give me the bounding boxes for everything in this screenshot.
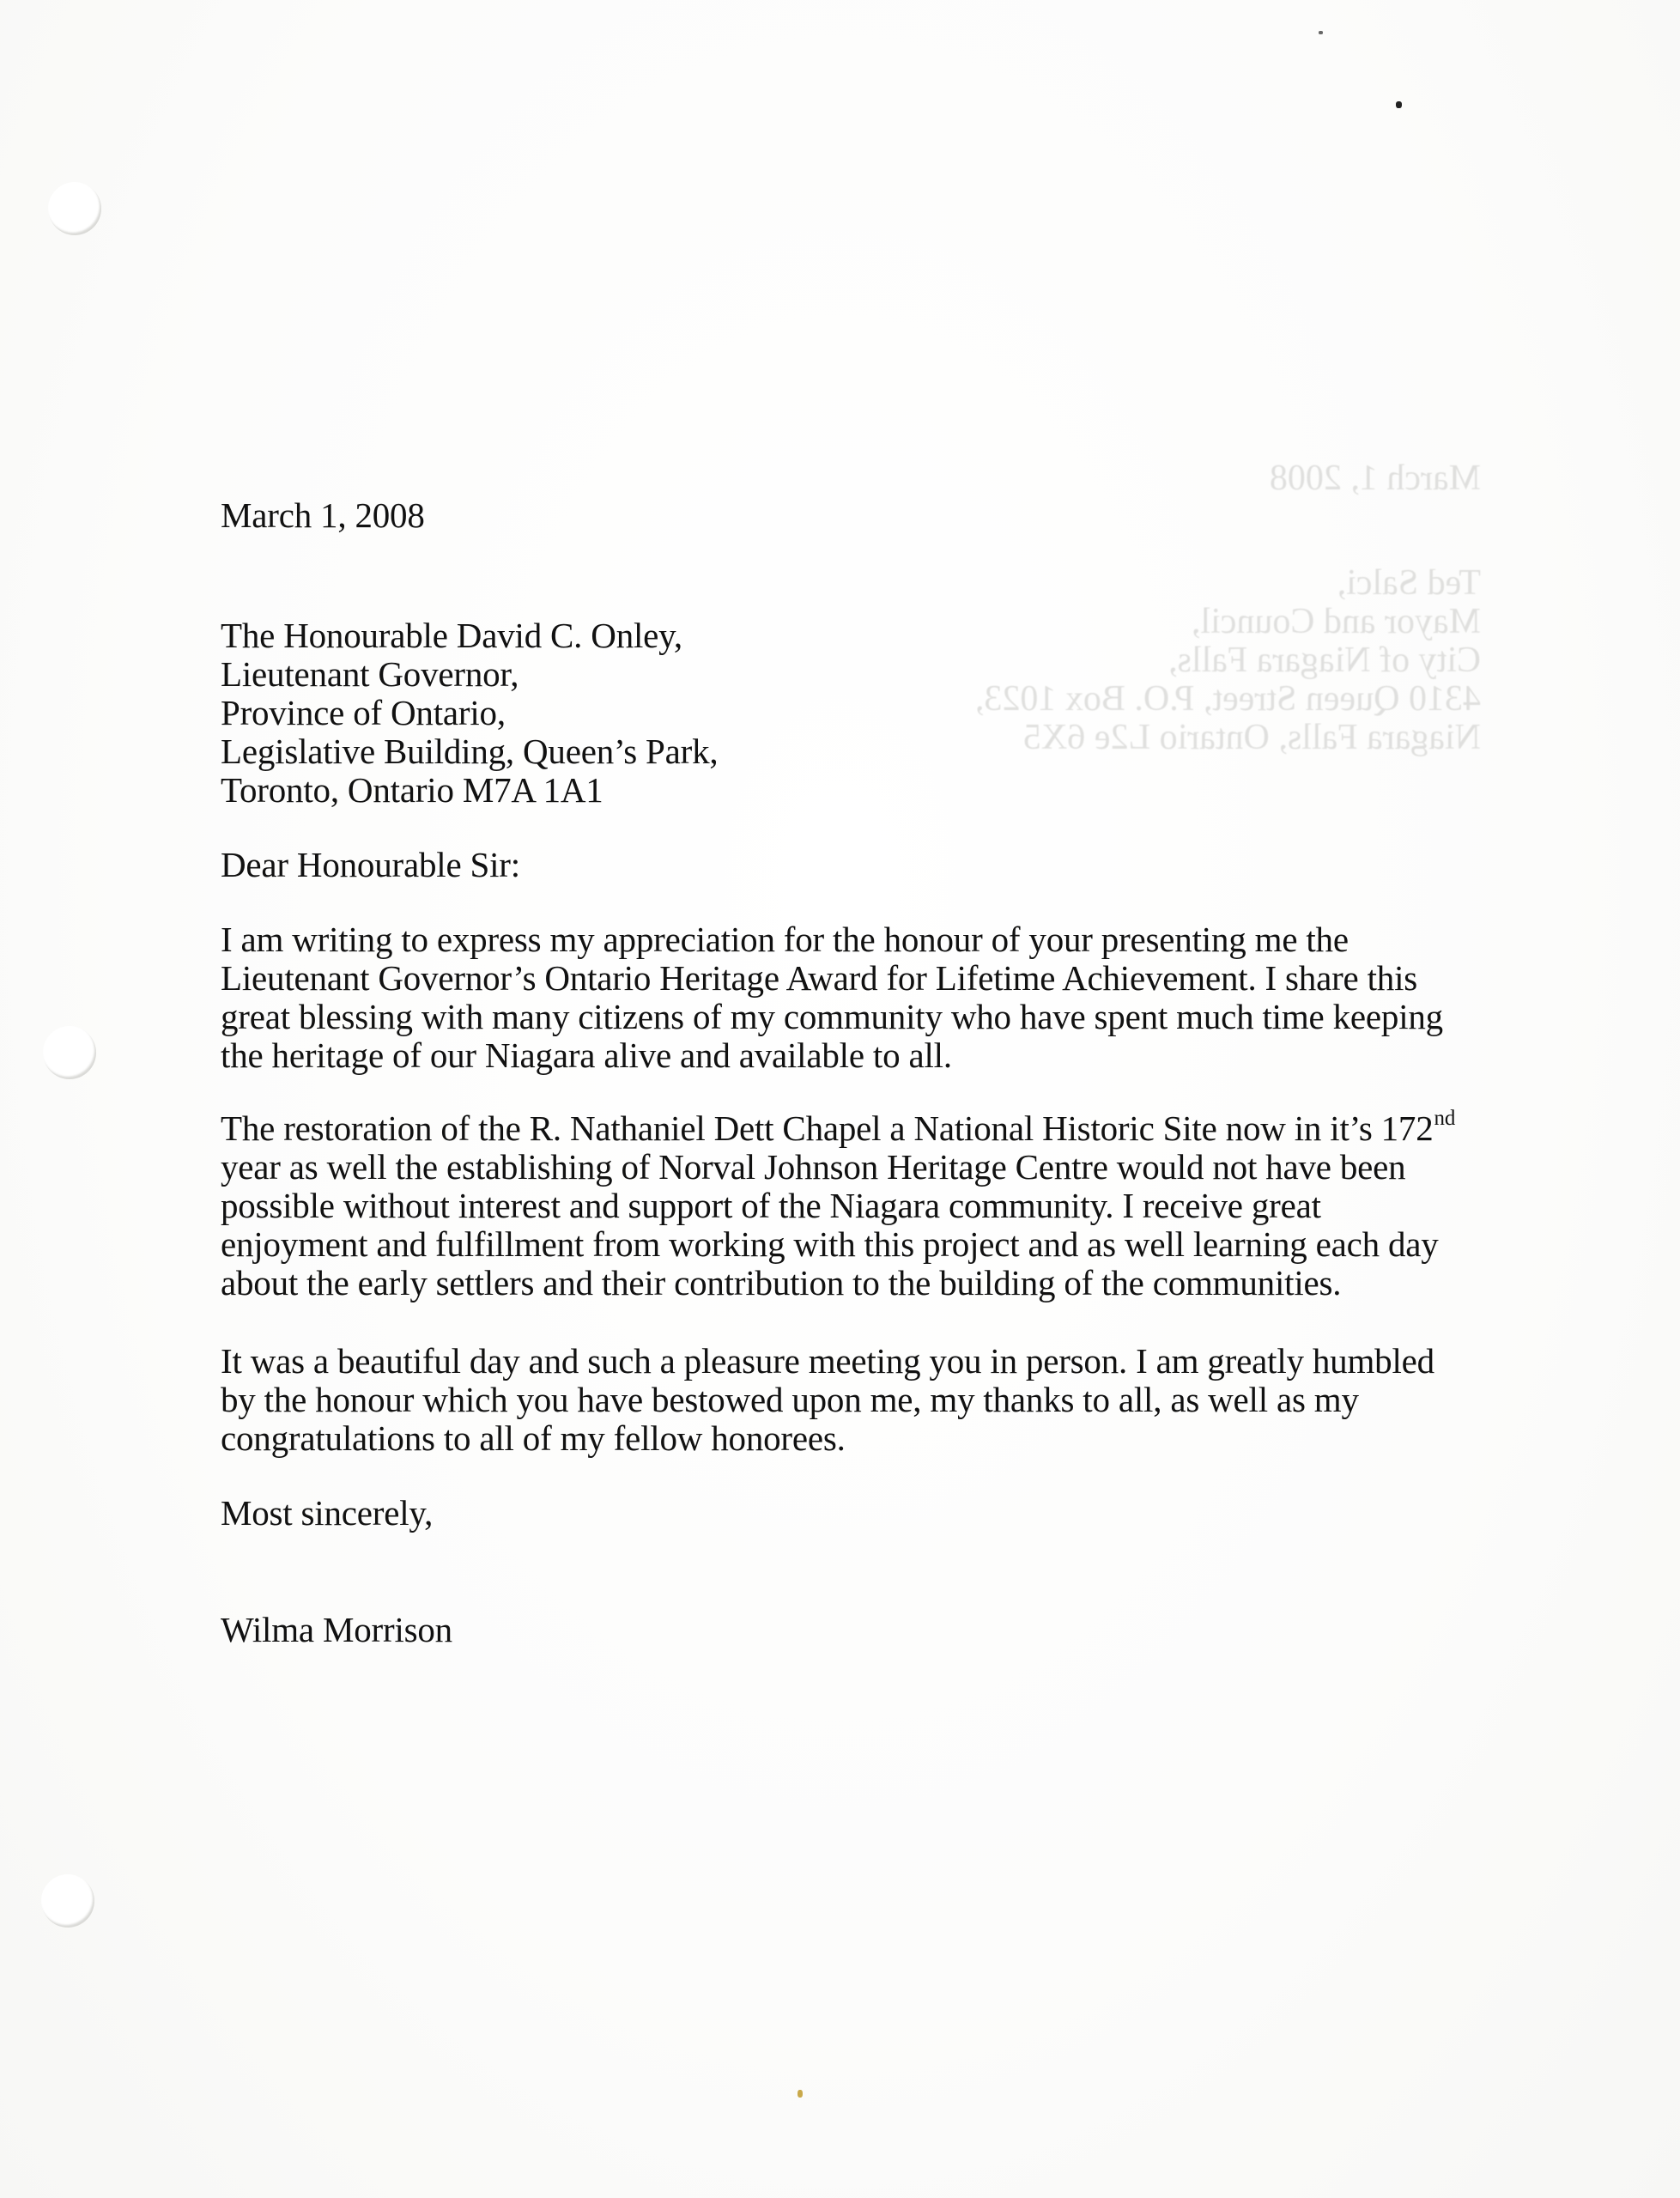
showthrough-line: City of Niagara Falls, xyxy=(974,641,1481,680)
paragraph-line: great blessing with many citizens of my … xyxy=(221,998,1443,1036)
paragraph-3: It was a beautiful day and such a pleasu… xyxy=(221,1342,1434,1458)
showthrough-date: March 1, 2008 xyxy=(974,459,1481,498)
paragraph-2: The restoration of the R. Nathaniel Dett… xyxy=(221,1109,1455,1302)
paragraph-line: I am writing to express my appreciation … xyxy=(221,920,1443,959)
paragraph-line: enjoyment and fulfillment from working w… xyxy=(221,1225,1455,1264)
dust-speck xyxy=(1319,31,1323,34)
punch-hole-top xyxy=(48,182,101,235)
closing: Most sincerely, xyxy=(221,1494,433,1533)
paragraph-line-text: The restoration of the R. Nathaniel Dett… xyxy=(221,1108,1434,1148)
paragraph-line: about the early settlers and their contr… xyxy=(221,1264,1455,1302)
salutation: Dear Honourable Sir: xyxy=(221,846,520,884)
showthrough-line: Mayor and Council, xyxy=(974,603,1481,641)
address-line: Lieutenant Governor, xyxy=(221,655,718,694)
paragraph-line: congratulations to all of my fellow hono… xyxy=(221,1419,1434,1458)
letter-date: March 1, 2008 xyxy=(221,496,425,535)
paragraph-line: Lieutenant Governor’s Ontario Heritage A… xyxy=(221,959,1443,998)
paragraph-line: year as well the establishing of Norval … xyxy=(221,1148,1455,1187)
showthrough-line: Ted Salci, xyxy=(974,564,1481,603)
showthrough-line: Niagara Falls, Ontario L2e 6X5 xyxy=(974,719,1481,757)
paragraph-line: possible without interest and support of… xyxy=(221,1187,1455,1225)
scanned-page: March 1, 2008 Ted Salci, Mayor and Counc… xyxy=(0,0,1680,2198)
recipient-address: The Honourable David C. Onley, Lieutenan… xyxy=(221,616,718,810)
reverse-side-showthrough: March 1, 2008 Ted Salci, Mayor and Counc… xyxy=(974,459,1481,757)
punch-hole-bottom xyxy=(41,1874,94,1928)
paragraph-1: I am writing to express my appreciation … xyxy=(221,920,1443,1075)
address-line: Legislative Building, Queen’s Park, xyxy=(221,732,718,771)
signature-name: Wilma Morrison xyxy=(221,1611,452,1649)
dust-speck xyxy=(1396,101,1402,108)
paragraph-line: by the honour which you have bestowed up… xyxy=(221,1381,1434,1419)
showthrough-line: 4310 Queen Street, P.O. Box 1023, xyxy=(974,680,1481,719)
address-line: Province of Ontario, xyxy=(221,694,718,732)
ordinal-superscript: nd xyxy=(1434,1107,1456,1130)
address-line: The Honourable David C. Onley, xyxy=(221,616,718,655)
paragraph-line: It was a beautiful day and such a pleasu… xyxy=(221,1342,1434,1381)
address-line: Toronto, Ontario M7A 1A1 xyxy=(221,771,718,810)
punch-hole-middle xyxy=(43,1026,96,1079)
paragraph-line: the heritage of our Niagara alive and av… xyxy=(221,1036,1443,1075)
dust-speck xyxy=(798,2090,803,2098)
paragraph-line: The restoration of the R. Nathaniel Dett… xyxy=(221,1109,1455,1148)
